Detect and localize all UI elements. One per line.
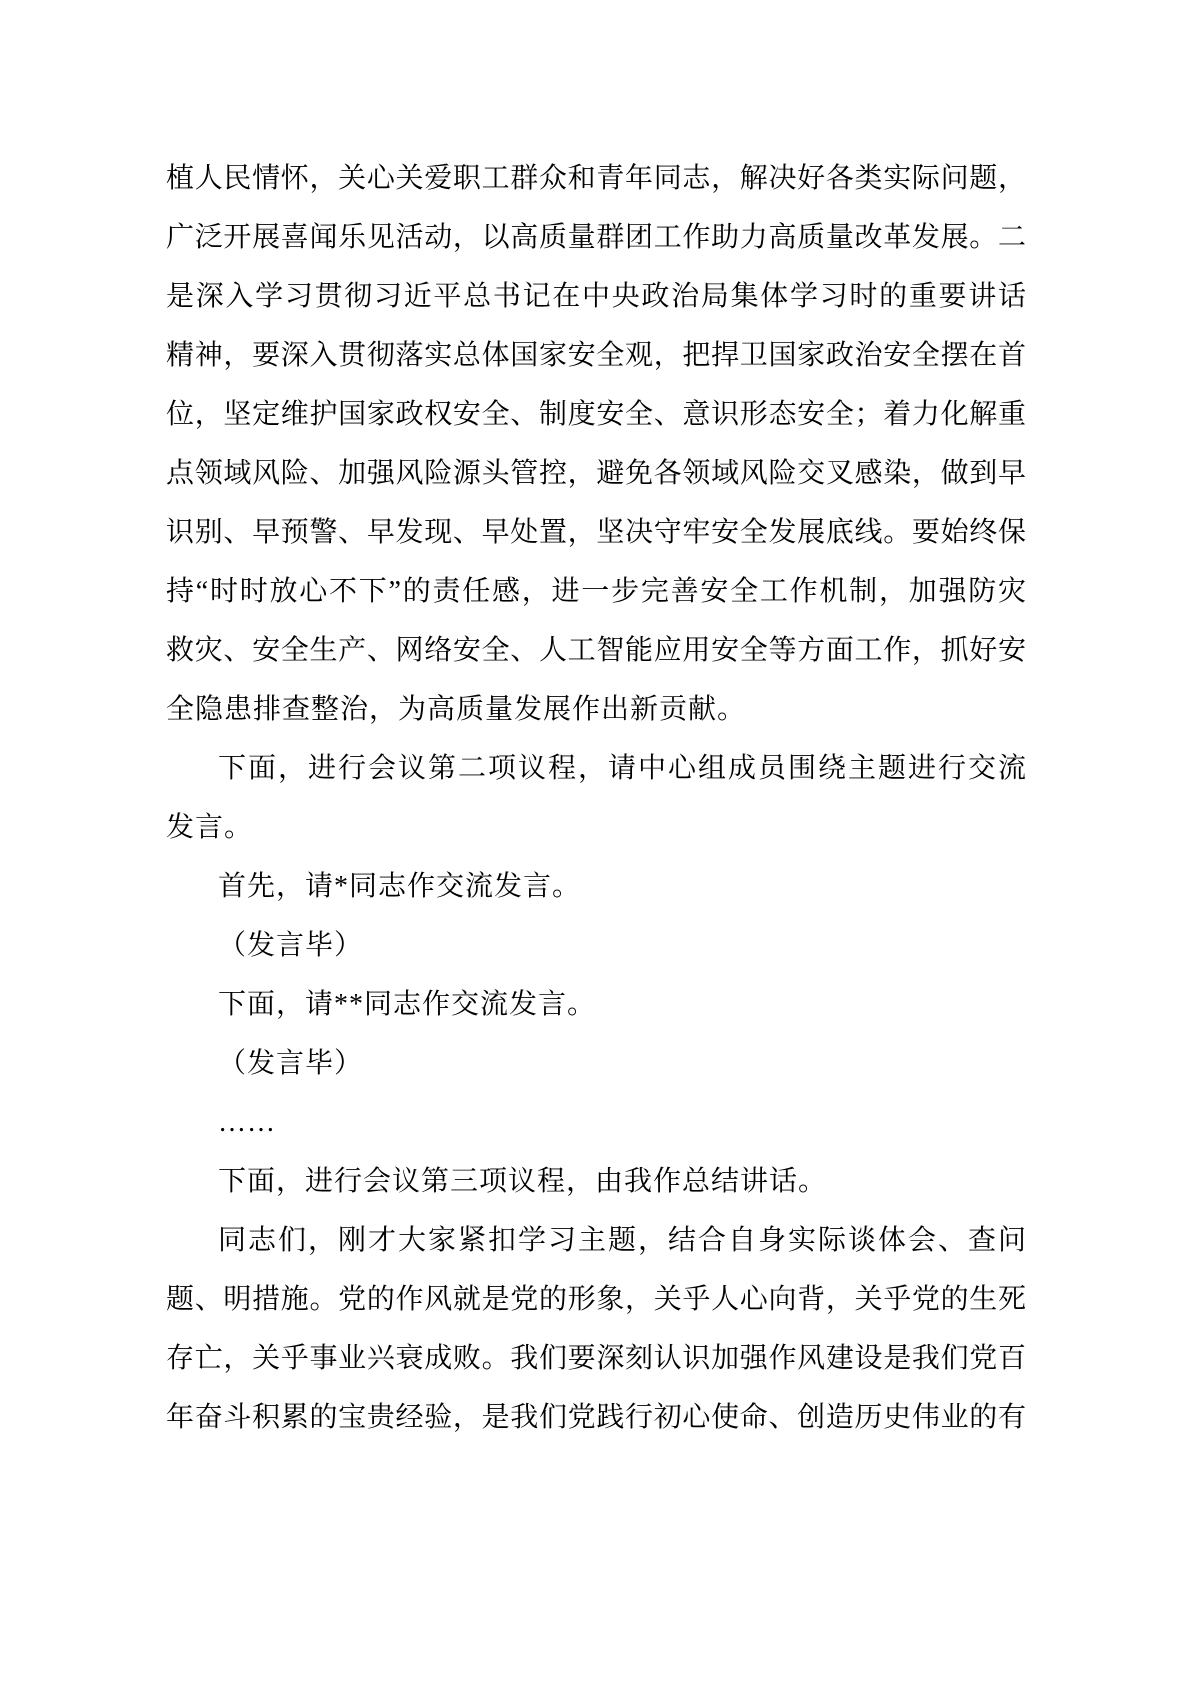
text-line: 存亡，关乎事业兴衰成败。我们要深刻认识加强作风建设是我们党百 [166, 1329, 1026, 1388]
text-line: 发言。 [166, 798, 1026, 857]
text-line: 年奋斗积累的宝贵经验，是我们党践行初心使命、创造历史伟业的有 [166, 1388, 1026, 1447]
text-line: 植人民情怀，关心关爱职工群众和青年同志，解决好各类实际问题， [166, 149, 1026, 208]
text-line: 是深入学习贯彻习近平总书记在中央政治局集体学习时的重要讲话 [166, 267, 1026, 326]
text-line: 位，坚定维护国家政权安全、制度安全、意识形态安全；着力化解重 [166, 385, 1026, 444]
text-line: 全隐患排查整治，为高质量发展作出新贡献。 [166, 680, 1026, 739]
text-line: 广泛开展喜闻乐见活动，以高质量群团工作助力高质量改革发展。二 [166, 208, 1026, 267]
text-line: 同志们，刚才大家紧扣学习主题，结合自身实际谈体会、查问 [166, 1211, 1026, 1270]
text-line: 识别、早预警、早发现、早处置，坚决守牢安全发展底线。要始终保 [166, 503, 1026, 562]
text-line: （发言毕） [166, 1034, 1026, 1093]
text-line: 点领域风险、加强风险源头管控，避免各领域风险交叉感染，做到早 [166, 444, 1026, 503]
text-line: 题、明措施。党的作风就是党的形象，关乎人心向背，关乎党的生死 [166, 1270, 1026, 1329]
document-page: 植人民情怀，关心关爱职工群众和青年同志，解决好各类实际问题， 广泛开展喜闻乐见活… [0, 0, 1190, 1683]
text-line: …… [166, 1093, 1026, 1152]
text-line: 下面，进行会议第三项议程，由我作总结讲话。 [166, 1152, 1026, 1211]
text-line: （发言毕） [166, 916, 1026, 975]
text-line: 持“时时放心不下”的责任感，进一步完善安全工作机制，加强防灾 [166, 562, 1026, 621]
text-line: 精神，要深入贯彻落实总体国家安全观，把捍卫国家政治安全摆在首 [166, 326, 1026, 385]
document-body: 植人民情怀，关心关爱职工群众和青年同志，解决好各类实际问题， 广泛开展喜闻乐见活… [166, 149, 1026, 1447]
text-line: 下面，进行会议第二项议程，请中心组成员围绕主题进行交流 [166, 739, 1026, 798]
text-line: 首先，请*同志作交流发言。 [166, 857, 1026, 916]
text-line: 下面，请**同志作交流发言。 [166, 975, 1026, 1034]
text-line: 救灾、安全生产、网络安全、人工智能应用安全等方面工作，抓好安 [166, 621, 1026, 680]
